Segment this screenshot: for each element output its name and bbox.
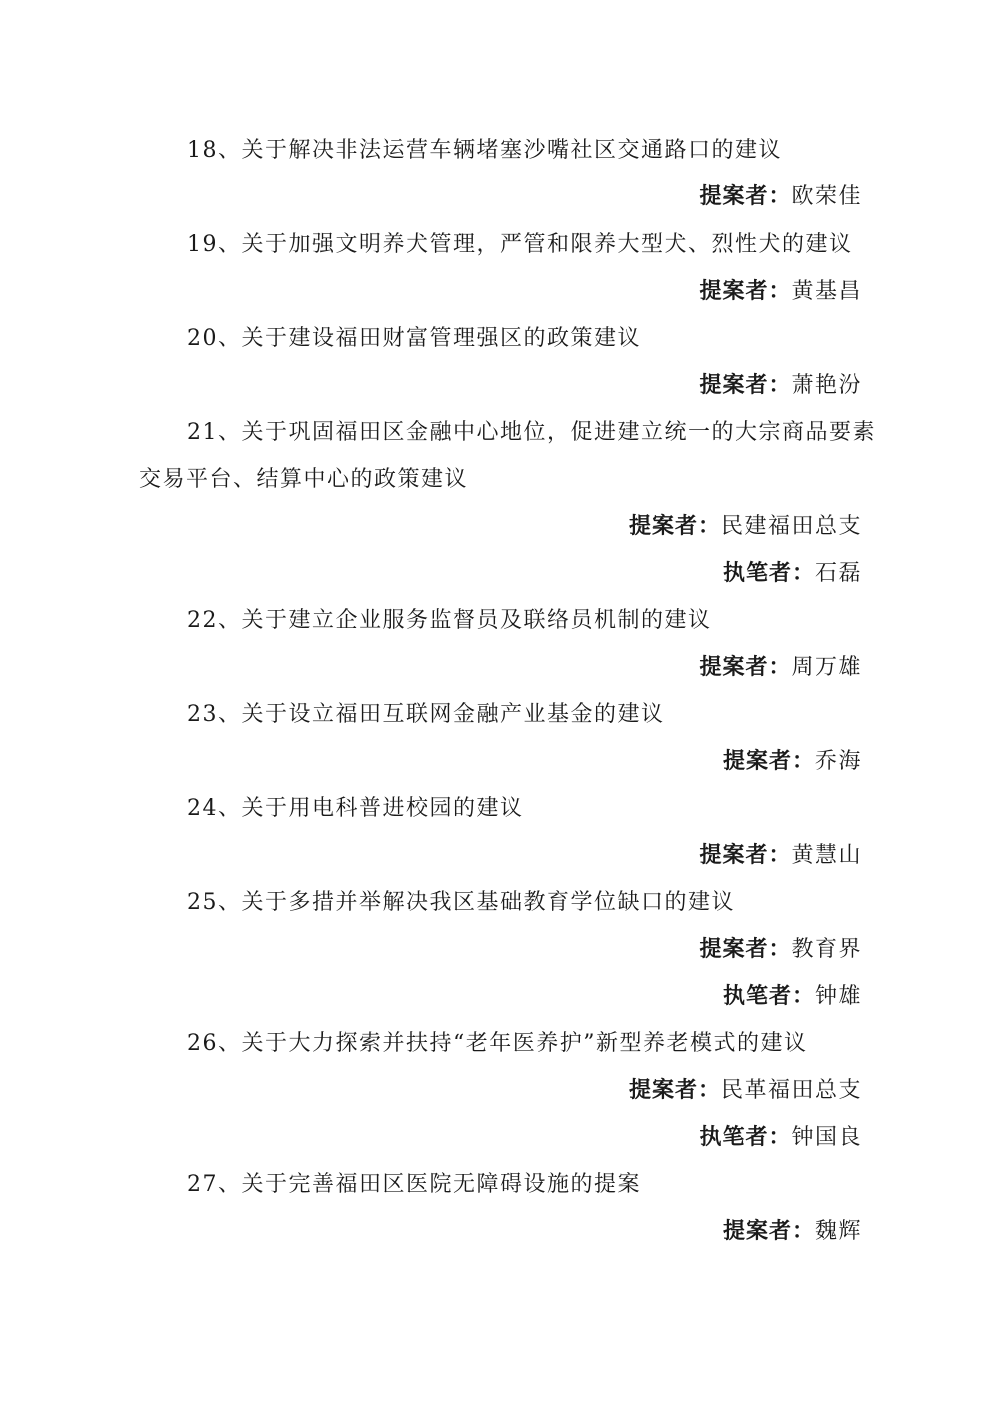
proposer-name: 教育界 [791, 937, 862, 962]
proposer-name: 魏辉 [815, 1219, 862, 1244]
proposer-name: 乔海 [815, 749, 862, 774]
proposer-label: 提案者： [629, 514, 721, 539]
proposer-label: 提案者： [699, 184, 791, 209]
proposal-title: 18、关于解决非法运营车辆堵塞沙嘴社区交通路口的建议 [187, 136, 782, 166]
proposal-title: 27、关于完善福田区医院无障碍设施的提案 [187, 1170, 641, 1200]
proposer-line: 提案者：魏辉 [723, 1217, 862, 1247]
proposal-title: 26、关于大力探索并扶持“老年医养护”新型养老模式的建议 [187, 1029, 808, 1059]
proposal-title: 25、关于多措并举解决我区基础教育学位缺口的建议 [187, 888, 735, 918]
proposal-title: 21、关于巩固福田区金融中心地位，促进建立统一的大宗商品要素 [187, 418, 876, 448]
proposer-line: 提案者：欧荣佳 [699, 182, 862, 212]
proposer-label: 提案者： [699, 279, 791, 304]
writer-name: 钟雄 [815, 984, 862, 1009]
proposer-label: 提案者： [699, 843, 791, 868]
proposer-name: 黄慧山 [791, 843, 862, 868]
proposer-line: 提案者：黄基昌 [699, 277, 862, 307]
proposer-name: 萧艳汾 [791, 373, 862, 398]
writer-name: 石磊 [815, 561, 862, 586]
proposer-name: 欧荣佳 [791, 184, 862, 209]
proposer-name: 周万雄 [791, 655, 862, 680]
proposer-line: 提案者：乔海 [723, 747, 862, 777]
writer-label: 执笔者： [699, 1125, 791, 1150]
proposer-name: 黄基昌 [791, 279, 862, 304]
proposer-label: 提案者： [699, 655, 791, 680]
proposal-title: 19、关于加强文明养犬管理，严管和限养大型犬、烈性犬的建议 [187, 230, 853, 260]
proposer-name: 民革福田总支 [721, 1078, 862, 1103]
proposal-title-continued: 交易平台、结算中心的政策建议 [139, 465, 468, 495]
writer-line: 执笔者：钟雄 [723, 982, 862, 1012]
writer-name: 钟国良 [791, 1125, 862, 1150]
writer-line: 执笔者：石磊 [723, 559, 862, 589]
proposer-label: 提案者： [723, 749, 815, 774]
proposer-line: 提案者：周万雄 [699, 653, 862, 683]
proposal-title: 24、关于用电科普进校园的建议 [187, 794, 524, 824]
proposer-label: 提案者： [699, 937, 791, 962]
proposer-line: 提案者：民建福田总支 [629, 512, 862, 542]
proposal-title: 22、关于建立企业服务监督员及联络员机制的建议 [187, 606, 712, 636]
proposal-title: 23、关于设立福田互联网金融产业基金的建议 [187, 700, 665, 730]
writer-label: 执笔者： [723, 984, 815, 1009]
proposer-line: 提案者：教育界 [699, 935, 862, 965]
proposer-line: 提案者：民革福田总支 [629, 1076, 862, 1106]
document-page: 18、关于解决非法运营车辆堵塞沙嘴社区交通路口的建议 提案者：欧荣佳 19、关于… [0, 0, 1000, 1414]
proposer-line: 提案者：黄慧山 [699, 841, 862, 871]
proposer-line: 提案者：萧艳汾 [699, 371, 862, 401]
proposer-label: 提案者： [723, 1219, 815, 1244]
proposer-label: 提案者： [629, 1078, 721, 1103]
writer-line: 执笔者：钟国良 [699, 1123, 862, 1153]
writer-label: 执笔者： [723, 561, 815, 586]
proposal-title: 20、关于建设福田财富管理强区的政策建议 [187, 324, 641, 354]
proposer-label: 提案者： [699, 373, 791, 398]
proposer-name: 民建福田总支 [721, 514, 862, 539]
